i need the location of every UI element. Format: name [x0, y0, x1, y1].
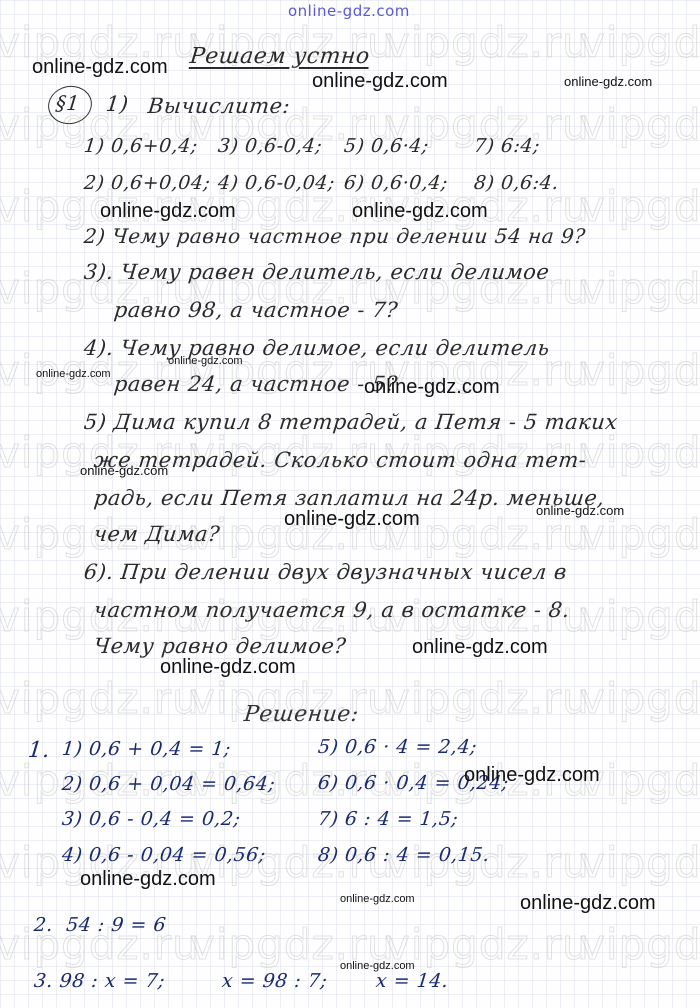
overlay-watermark: online-gdz.com — [32, 56, 168, 79]
header-watermark: online-gdz.com — [288, 2, 410, 20]
task-1-item: 4) 0,6-0,04; — [217, 172, 336, 194]
overlay-watermark: online-gdz.com — [364, 376, 500, 399]
solution-3-step: x = 98 : 7; — [221, 970, 329, 992]
task-1-text: Вычислите: — [147, 94, 292, 118]
overlay-watermark: online-gdz.com — [340, 893, 415, 905]
overlay-watermark: online-gdz.com — [36, 368, 111, 380]
solution-1-item: 1) 0,6 + 0,4 = 1; — [61, 738, 232, 760]
task-6-line: 6). При делении двух двузначных чисел в — [83, 560, 568, 584]
task-2-text: 2) Чему равно частное при делении 54 на … — [83, 224, 587, 248]
solution-1-item: 4) 0,6 - 0,04 = 0,56; — [61, 844, 267, 866]
solution-1-item: 5) 0,6 · 4 = 2,4; — [317, 736, 478, 758]
solution-1-item: 8) 0,6 : 4 = 0,15. — [317, 844, 491, 866]
overlay-watermark: online-gdz.com — [160, 656, 296, 679]
task-5-line: чем Дима? — [93, 522, 221, 546]
overlay-watermark: online-gdz.com — [564, 74, 652, 89]
task-1-item: 3) 0,6-0,4; — [217, 135, 324, 157]
overlay-watermark: online-gdz.com — [520, 892, 656, 915]
task-1-item: 6) 0,6·0,4; — [343, 172, 449, 194]
overlay-watermark: online-gdz.com — [312, 70, 448, 93]
overlay-watermark: online-gdz.com — [464, 764, 600, 787]
solution-1-item: 7) 6 : 4 = 1,5; — [317, 808, 460, 830]
task-3-line: 3). Чему равен делитель, если делимое — [83, 260, 551, 284]
solution-2: 2. 54 : 9 = 6 — [33, 914, 167, 936]
overlay-watermark: online-gdz.com — [340, 960, 415, 972]
solution-3-step: x = 14. — [375, 970, 450, 992]
overlay-watermark: online-gdz.com — [80, 463, 168, 478]
solution-1-item: 2) 0,6 + 0,04 = 0,64; — [61, 773, 277, 795]
overlay-watermark: online-gdz.com — [168, 355, 243, 367]
task-6-line: частном получается 9, а в остатке - 8. — [93, 598, 571, 622]
solution-3-step: 3. 98 : x = 7; — [33, 970, 166, 992]
solution-heading: Решение: — [243, 702, 360, 727]
overlay-watermark: online-gdz.com — [100, 200, 236, 223]
task-1-label: 1) — [105, 92, 130, 116]
overlay-watermark: online-gdz.com — [352, 200, 488, 223]
overlay-watermark: online-gdz.com — [412, 636, 548, 659]
overlay-watermark: online-gdz.com — [536, 503, 624, 518]
task-5-line: радь, если Петя заплатил на 24р. меньше, — [93, 486, 606, 510]
task-5-line: 5) Дима купил 8 тетрадей, а Петя - 5 так… — [83, 410, 619, 434]
task-6-line: Чему равно делимое? — [93, 634, 348, 658]
overlay-watermark: online-gdz.com — [80, 868, 216, 891]
solution-1-item: 3) 0,6 - 0,4 = 0,2; — [61, 808, 242, 830]
task-1-item: 2) 0,6+0,04; — [83, 172, 212, 194]
paragraph-badge-label: §1 — [55, 91, 81, 115]
task-4-line: 4). Чему равно делимое, если делитель — [83, 336, 551, 360]
task-1-item: 5) 0,6·4; — [343, 135, 430, 157]
task-1-item: 8) 0,6:4. — [473, 172, 560, 194]
solution-1-label: 1. — [27, 738, 52, 763]
notebook-page: vipgdz.ruvipgdz.ruvipgdz.ruvipgdz.ru vip… — [0, 0, 700, 1008]
task-4-line: равен 24, а частное - 5? — [113, 372, 399, 396]
page-title: Решаем устно — [189, 44, 371, 69]
task-1-item: 1) 0,6+0,4; — [83, 135, 199, 157]
task-3-line: равно 98, а частное - 7? — [113, 298, 399, 322]
overlay-watermark: online-gdz.com — [284, 508, 420, 531]
task-1-item: 7) 6:4; — [473, 135, 541, 157]
